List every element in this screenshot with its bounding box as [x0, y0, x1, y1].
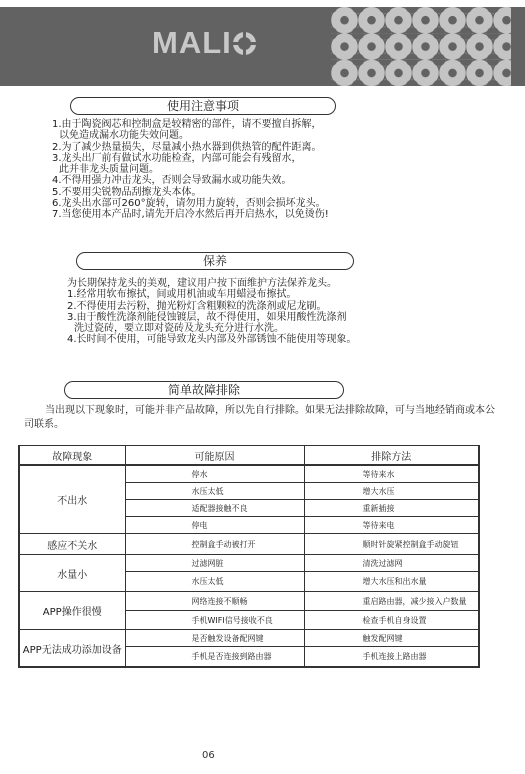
usage-note-line: 3.龙头出厂前有做试水功能检查，内部可能会有残留水，: [52, 153, 329, 164]
cause-cell: 停水: [125, 465, 304, 483]
fix-cell: 重启路由器，减少接入户数量: [304, 592, 479, 611]
section-title-troubleshooting: 简单故障排除: [64, 381, 344, 399]
fix-cell: 等待来水: [304, 465, 479, 483]
table-row: APP操作很慢 网络连接不顺畅 重启路由器，减少接入户数量: [19, 592, 479, 611]
fix-cell: 触发配网键: [304, 630, 479, 647]
usage-note-line: 此并非龙头质量问题。: [52, 164, 329, 175]
table-row: 不出水 停水 等待来水: [19, 465, 479, 483]
maintenance-line: 洗过瓷砖，要立即对瓷砖及龙头充分进行水洗。: [67, 323, 357, 334]
maintenance-line: 4.长时间不使用，可能导致龙头内部及外部锈蚀不能使用等现象。: [67, 334, 357, 345]
brand-logo: MALI: [152, 28, 256, 58]
column-header-fix: 排除方法: [304, 446, 479, 466]
maintenance-line: 2.不得使用去污粉，抛光粉灯含粗颗粒的洗涤剂或尼龙刷。: [67, 301, 357, 312]
table-row: 水量小 过滤网脏 清洗过滤网: [19, 555, 479, 572]
fix-cell: 增大水压: [304, 483, 479, 500]
cause-cell: 水压太低: [125, 572, 304, 592]
section-title-maintenance: 保养: [76, 252, 354, 270]
usage-note-line: 6.龙头出水部可260°旋转，请勿用力旋转，否则会损坏龙头。: [52, 198, 329, 209]
cause-cell: 网络连接不顺畅: [125, 592, 304, 611]
cause-cell: 适配器接触不良: [125, 500, 304, 517]
usage-note-line: 2.为了减少热量损失，尽量减小热水器到供热管的配件距离。: [52, 142, 329, 153]
troubleshooting-table: 故障现象 可能原因 排除方法 不出水 停水 等待来水 水压太低 增大水压 适配器…: [18, 445, 480, 668]
maintenance-list: 为长期保持龙头的美观，建议用户按下面维护方法保养龙头。 1.经常用软布擦拭，间或…: [67, 278, 357, 346]
usage-note-line: 1.由于陶瓷阀芯和控制盒是较精密的部件，请不要擅自拆解，: [52, 119, 329, 130]
fix-cell: 增大水压和出水量: [304, 572, 479, 592]
cause-cell: 手机WIFI信号接收不良: [125, 611, 304, 630]
decorative-pattern: [331, 7, 511, 86]
symptom-cell: APP无法成功添加设备: [19, 630, 125, 668]
page-number: 06: [202, 750, 215, 761]
usage-note-line: 4.不得用强力冲击龙头，否则会导致漏水或功能失效。: [52, 175, 329, 186]
fix-cell: 顺时针旋紧控制盒手动旋钮: [304, 534, 479, 555]
cause-cell: 是否触发设备配网键: [125, 630, 304, 647]
maintenance-line: 3.由于酸性洗涤剂能侵蚀镀层，故不得使用，如果用酸性洗涤剂: [67, 312, 357, 323]
symptom-cell: 不出水: [19, 465, 125, 534]
table-row: 感应不关水 控制盒手动被打开 顺时针旋紧控制盒手动旋钮: [19, 534, 479, 555]
fix-cell: 手机连接上路由器: [304, 647, 479, 668]
symptom-cell: APP操作很慢: [19, 592, 125, 630]
troubleshooting-intro: 当出现以下现象时，可能并非产品故障，所以先自行排除。如果无法排除故障，可与当地经…: [24, 404, 504, 432]
maintenance-line: 1.经常用软布擦拭，间或用机油或车用蜡浸布擦拭。: [67, 289, 357, 300]
cause-cell: 过滤网脏: [125, 555, 304, 572]
usage-note-line: 7.当您使用本产品时,请先开启冷水然后再开启热水，以免烫伤!: [52, 209, 329, 220]
cause-cell: 水压太低: [125, 483, 304, 500]
fix-cell: 等待来电: [304, 517, 479, 534]
brand-name: MALI: [152, 25, 232, 60]
troubleshooting-intro-text: 当出现以下现象时，可能并非产品故障，所以先自行排除。如果无法排除故障，可与当地经…: [24, 405, 495, 430]
table-header-row: 故障现象 可能原因 排除方法: [19, 446, 479, 466]
fix-cell: 重新插接: [304, 500, 479, 517]
usage-note-line: 5.不要用尖锐物品刮擦龙头本体。: [52, 187, 329, 198]
fix-cell: 清洗过滤网: [304, 555, 479, 572]
column-header-symptom: 故障现象: [19, 446, 125, 466]
column-header-cause: 可能原因: [125, 446, 304, 466]
fix-cell: 检查手机自身设置: [304, 611, 479, 630]
cause-cell: 停电: [125, 517, 304, 534]
cause-cell: 控制盒手动被打开: [125, 534, 304, 555]
usage-notes-list: 1.由于陶瓷阀芯和控制盒是较精密的部件，请不要擅自拆解， 以免造成漏水功能失效问…: [52, 119, 329, 221]
table-row: APP无法成功添加设备 是否触发设备配网键 触发配网键: [19, 630, 479, 647]
section-title-usage-notes: 使用注意事项: [70, 97, 336, 115]
usage-note-line: 以免造成漏水功能失效问题。: [52, 130, 329, 141]
logo-o-icon: [233, 32, 256, 55]
symptom-cell: 感应不关水: [19, 534, 125, 555]
symptom-cell: 水量小: [19, 555, 125, 592]
cause-cell: 手机是否连接到路由器: [125, 647, 304, 668]
maintenance-line: 为长期保持龙头的美观，建议用户按下面维护方法保养龙头。: [67, 278, 357, 289]
